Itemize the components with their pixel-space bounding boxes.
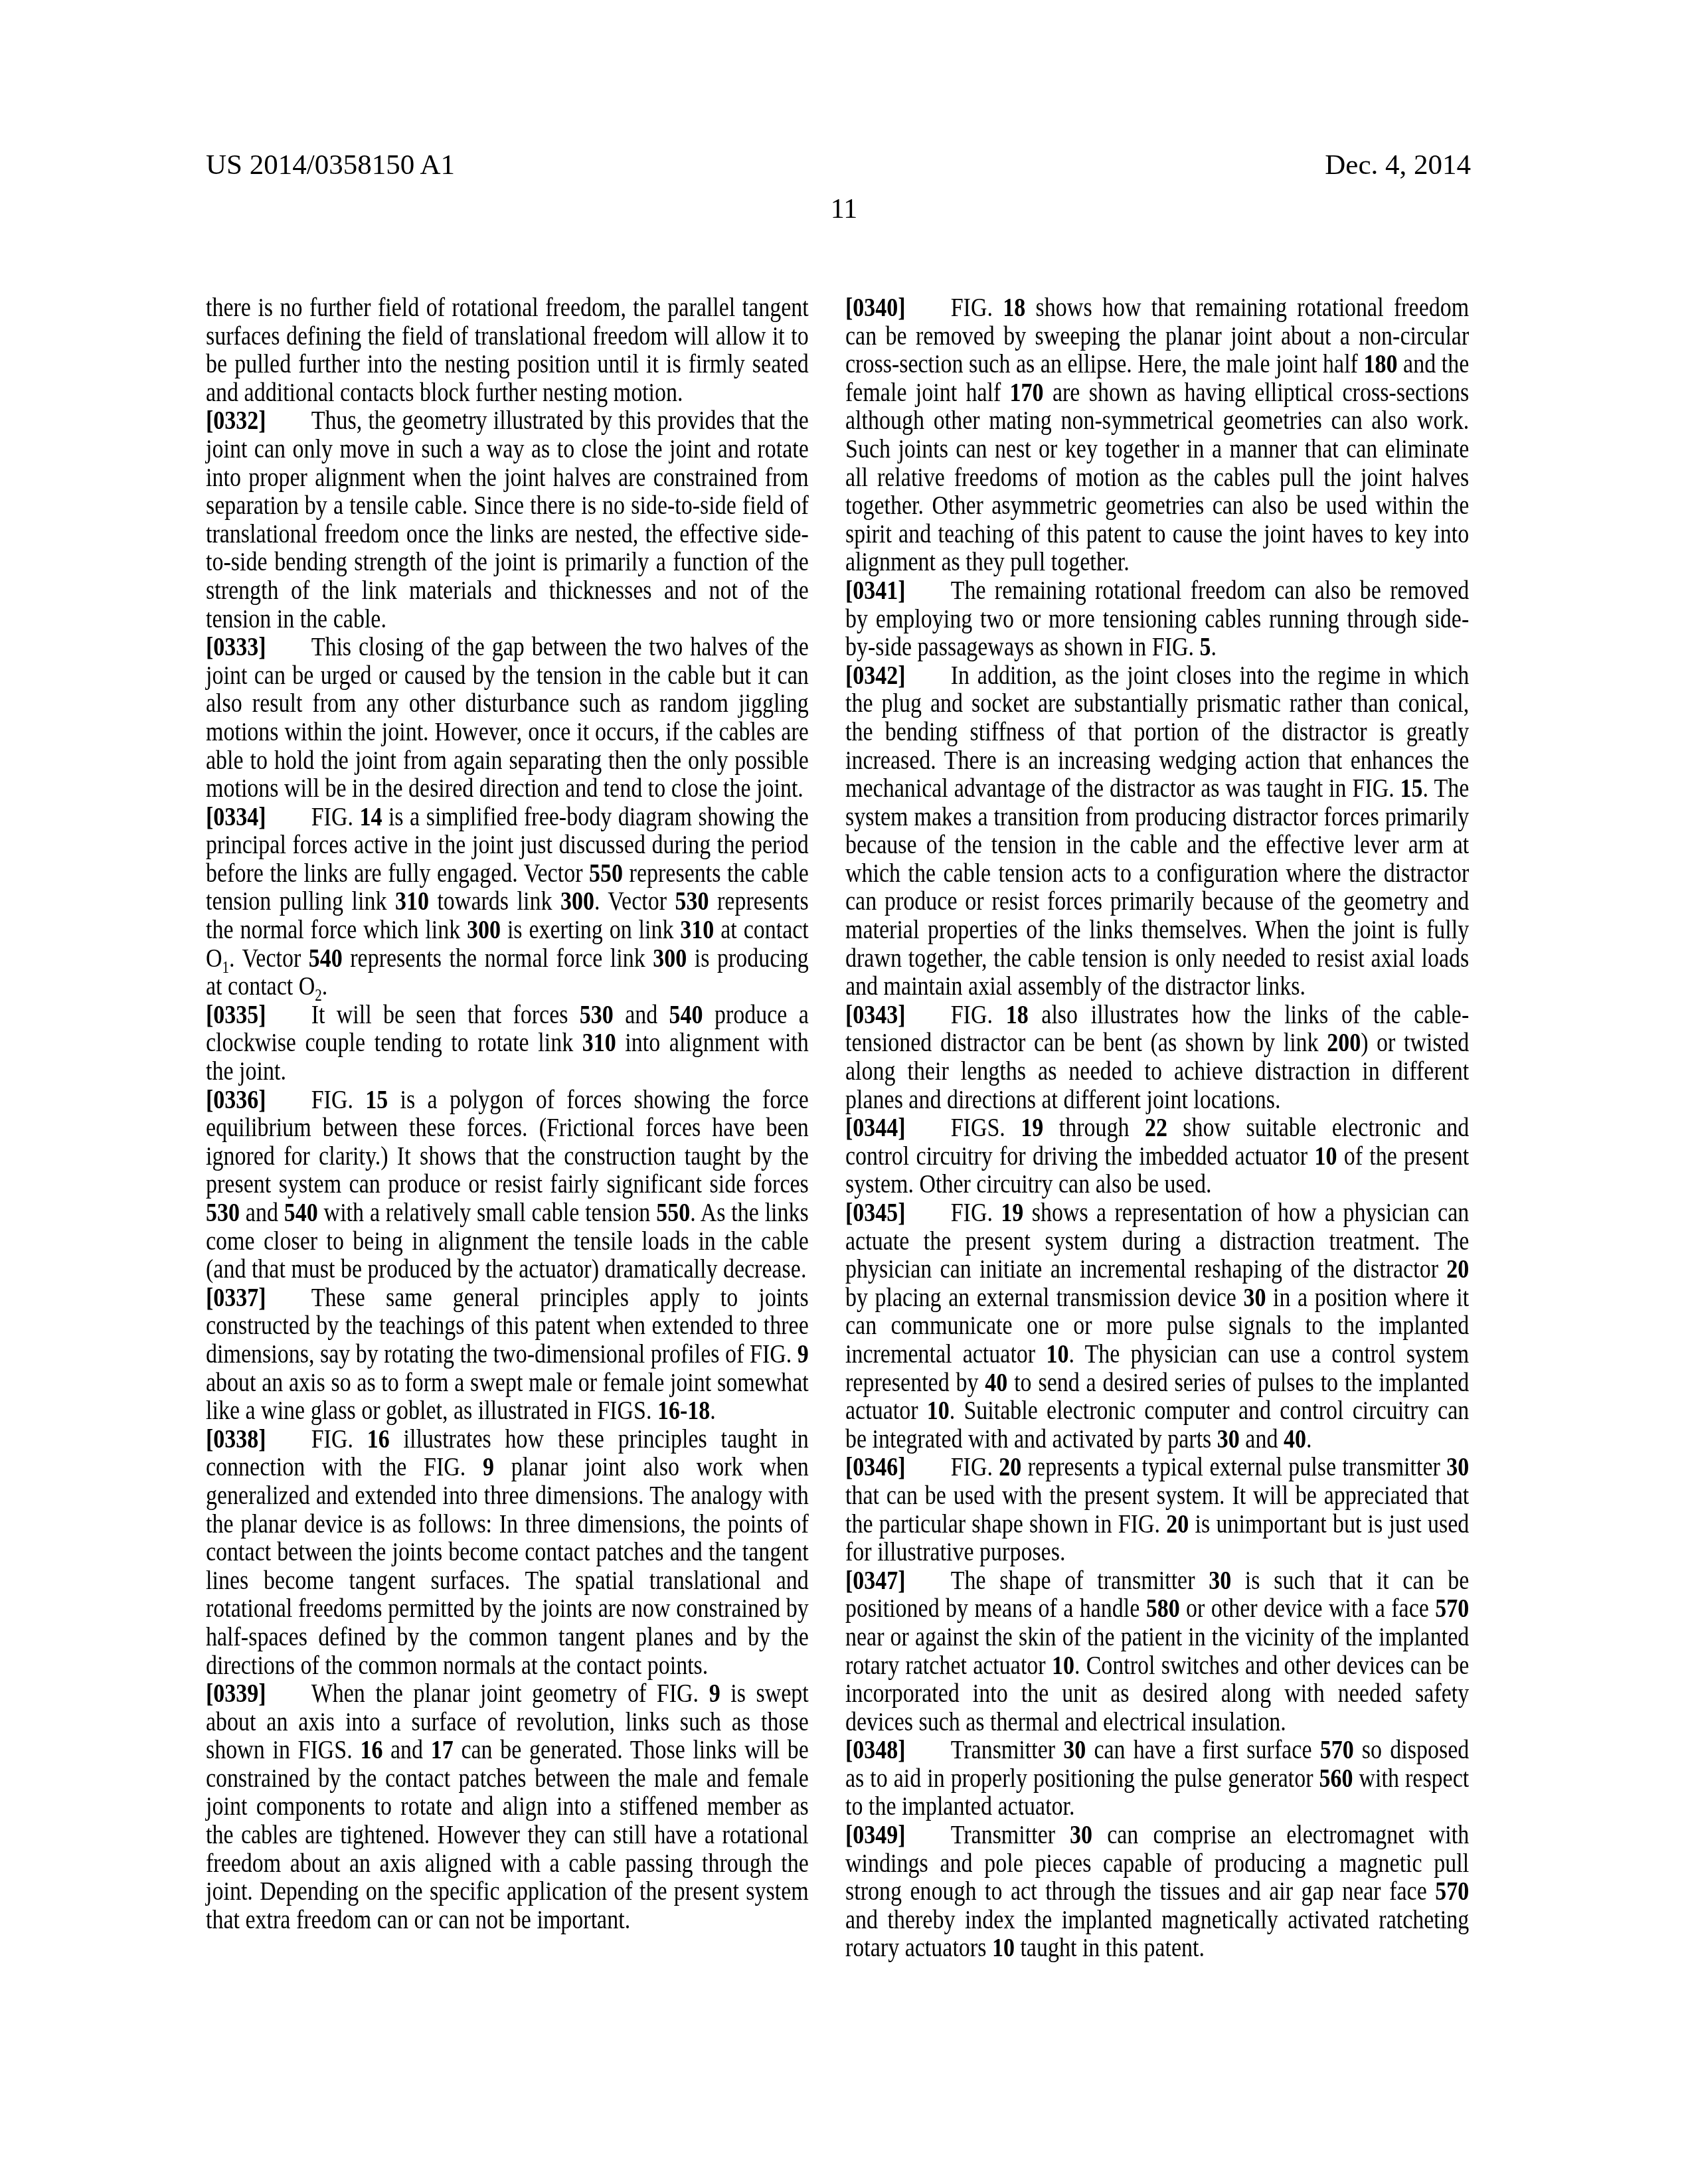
paragraph-0336: [0336] FIG. 15 is a polygon of forces sh… [206,1086,809,1284]
paragraph-0345: [0345] FIG. 19 shows a representation of… [845,1199,1469,1453]
paragraph-0341: [0341] The remaining rotational freedom … [845,576,1469,661]
left-column: there is no further field of rotational … [206,294,809,1934]
paragraph-0344: [0344] FIGS. 19 through 22 show suitable… [845,1114,1469,1199]
paragraph-continuation: there is no further field of rotational … [206,294,809,406]
paragraph-0343: [0343] FIG. 18 also illustrates how the … [845,1001,1469,1114]
paragraph-0349: [0349] Transmitter 30 can comprise an el… [845,1821,1469,1962]
right-column: [0340] FIG. 18 shows how that remaining … [845,294,1469,1962]
paragraph-0346: [0346] FIG. 20 represents a typical exte… [845,1453,1469,1566]
page-header: US 2014/0358150 A1 Dec. 4, 2014 [206,150,1471,181]
paragraph-0335: [0335] It will be seen that forces 530 a… [206,1001,809,1086]
paragraph-0342: [0342] In addition, as the joint closes … [845,661,1469,1001]
paragraph-0332: [0332] Thus, the geometry illustrated by… [206,406,809,633]
patent-document-page: US 2014/0358150 A1 Dec. 4, 2014 11 there… [0,0,1688,2184]
paragraph-0348: [0348] Transmitter 30 can have a first s… [845,1736,1469,1821]
paragraph-0339: [0339] When the planar joint geometry of… [206,1679,809,1934]
paragraph-0334: [0334] FIG. 14 is a simplified free-body… [206,803,809,1001]
paragraph-0337: [0337] These same general principles app… [206,1284,809,1425]
paragraph-0347: [0347] The shape of transmitter 30 is su… [845,1566,1469,1736]
paragraph-0338: [0338] FIG. 16 illustrates how these pri… [206,1425,809,1679]
paragraph-0333: [0333] This closing of the gap between t… [206,633,809,803]
patent-publication-number: US 2014/0358150 A1 [206,150,455,181]
publication-date: Dec. 4, 2014 [1325,150,1471,181]
paragraph-0340: [0340] FIG. 18 shows how that remaining … [845,294,1469,576]
page-number: 11 [0,194,1688,224]
